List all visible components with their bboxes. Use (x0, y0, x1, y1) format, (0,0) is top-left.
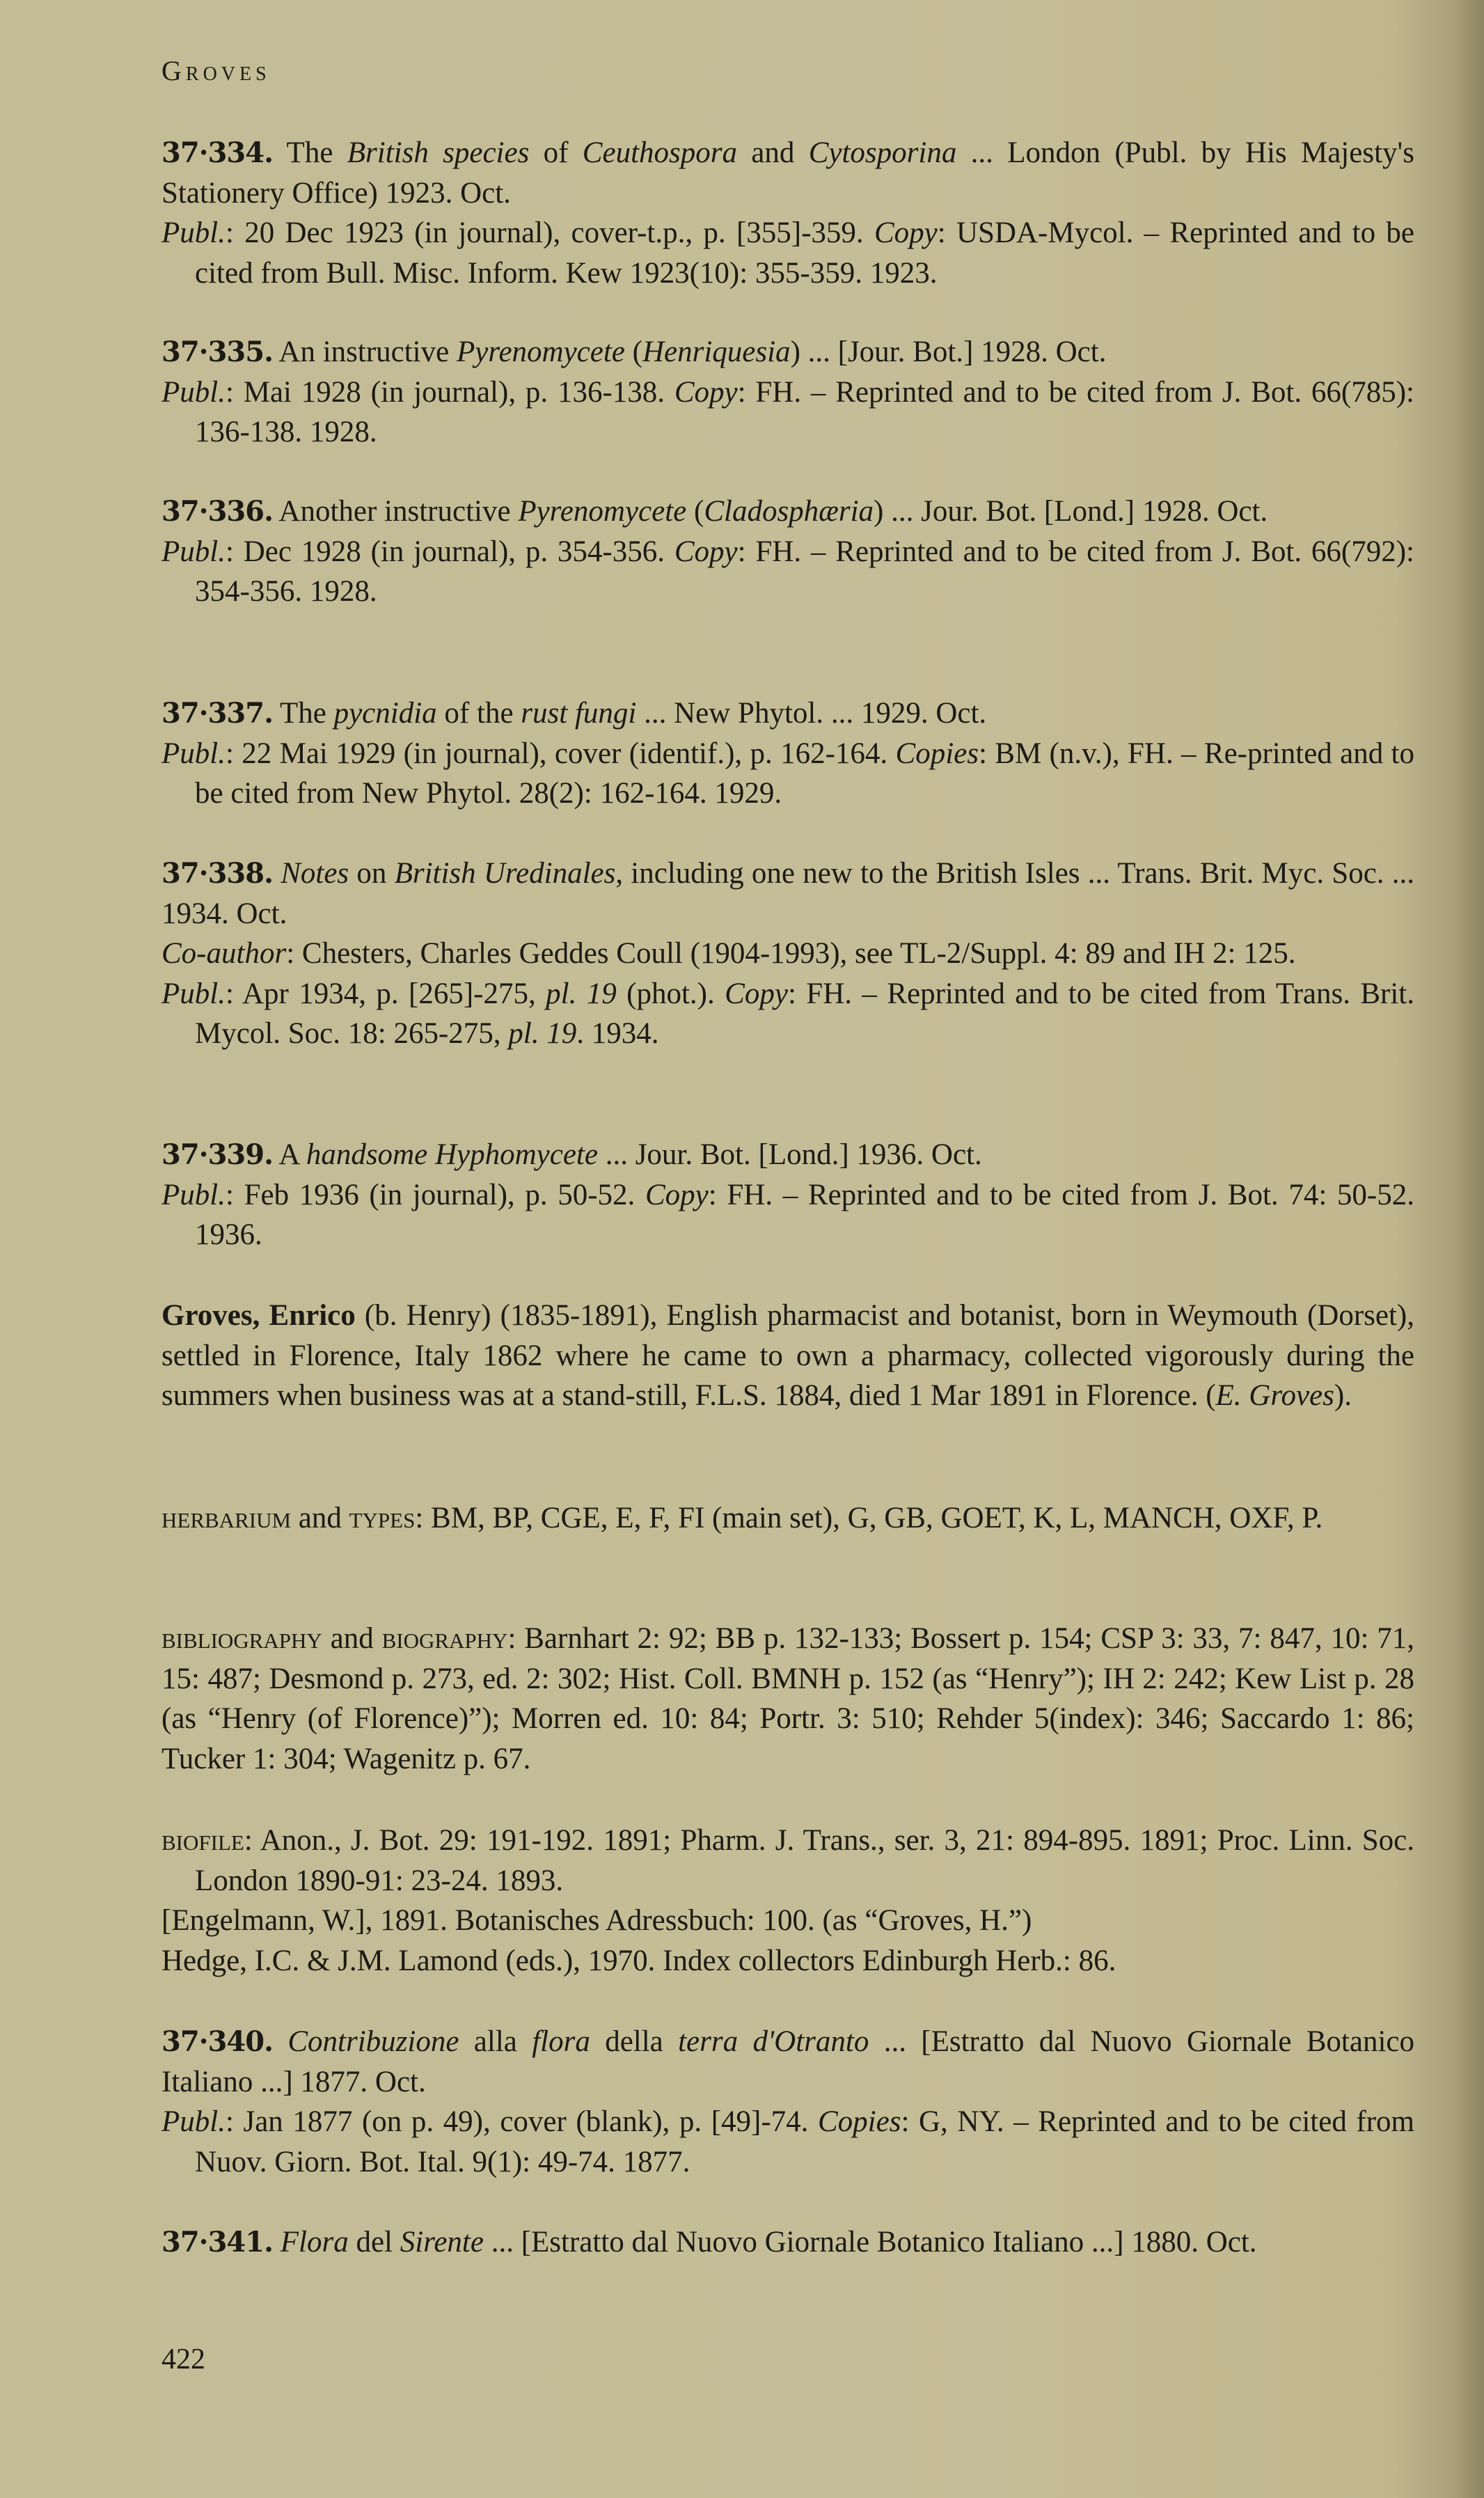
entry-number: 37·334. (161, 136, 273, 169)
entry-37-340: 37·340. Contribuzione alla flora della t… (161, 2022, 1414, 2182)
entry-number: 37·337. (161, 697, 273, 730)
entry-37-338: 37·338. Notes on British Uredinales, inc… (161, 854, 1414, 1054)
herbarium-paragraph: herbarium and types: BM, BP, CGE, E, F, … (161, 1498, 1414, 1539)
entry-title: 37·336. Another instructive Pyrenomycete… (161, 492, 1414, 532)
entry-note: Co-author: Chesters, Charles Geddes Coul… (161, 934, 1414, 974)
author-biography: Groves, Enrico (b. Henry) (1835-1891), E… (161, 1296, 1414, 1416)
entry-note: Publ.: 20 Dec 1923 (in journal), cover-t… (161, 213, 1414, 293)
entry-number: 37·338. (161, 857, 273, 890)
entry-number: 37·336. (161, 495, 273, 528)
biofile-label: biofile (161, 1823, 244, 1857)
author-paragraph: Groves, Enrico (b. Henry) (1835-1891), E… (161, 1296, 1414, 1416)
bibliography-section: bibliography and biography: Barnhart 2: … (161, 1618, 1414, 1779)
entry-note: Publ.: Feb 1936 (in journal), p. 50-52. … (161, 1175, 1414, 1255)
author-name: Groves, Enrico (161, 1299, 356, 1332)
entry-title: 37·337. The pycnidia of the rust fungi .… (161, 693, 1414, 734)
entry-37-335: 37·335. An instructive Pyrenomycete (Hen… (161, 332, 1414, 453)
entry-37-341: 37·341. Flora del Sirente ... [Estratto … (161, 2222, 1414, 2263)
entry-title: 37·340. Contribuzione alla flora della t… (161, 2022, 1414, 2102)
bibliography-and: and (322, 1622, 382, 1655)
entry-number: 37·341. (161, 2226, 273, 2259)
biofile-text-1: : Anon., J. Bot. 29: 191-192. 1891; Phar… (195, 1824, 1414, 1897)
entry-37-337: 37·337. The pycnidia of the rust fungi .… (161, 693, 1414, 814)
entry-37-339: 37·339. A handsome Hyphomycete ... Jour.… (161, 1135, 1414, 1255)
gutter-shadow (1456, 0, 1484, 2498)
biofile-line-1: biofile: Anon., J. Bot. 29: 191-192. 189… (161, 1820, 1414, 1901)
entry-number: 37·340. (161, 2025, 273, 2058)
entry-note: Publ.: Mai 1928 (in journal), p. 136-138… (161, 372, 1414, 453)
running-head: Groves (161, 54, 271, 87)
biofile-line-2: [Engelmann, W.], 1891. Botanisches Adres… (161, 1901, 1414, 1941)
bibliography-paragraph: bibliography and biography: Barnhart 2: … (161, 1618, 1414, 1779)
herbarium-text: : BM, BP, CGE, E, F, FI (main set), G, G… (415, 1502, 1323, 1534)
entry-title: 37·334. The British species of Ceuthospo… (161, 133, 1414, 213)
entry-37-334: 37·334. The British species of Ceuthospo… (161, 133, 1414, 293)
entry-37-336: 37·336. Another instructive Pyrenomycete… (161, 492, 1414, 612)
types-label: types (349, 1500, 416, 1534)
entry-note: Publ.: Dec 1928 (in journal), p. 354-356… (161, 532, 1414, 612)
herbarium-section: herbarium and types: BM, BP, CGE, E, F, … (161, 1498, 1414, 1539)
entry-note: Publ.: 22 Mai 1929 (in journal), cover (… (161, 734, 1414, 814)
author-bio-end: ). (1334, 1379, 1352, 1412)
entry-number: 37·339. (161, 1138, 273, 1171)
page-number: 422 (161, 2343, 205, 2376)
entry-title: 37·341. Flora del Sirente ... [Estratto … (161, 2222, 1414, 2263)
bibliography-label: bibliography (161, 1621, 322, 1655)
entry-title: 37·335. An instructive Pyrenomycete (Hen… (161, 332, 1414, 372)
biofile-text-3: Hedge, I.C. & J.M. Lamond (eds.), 1970. … (161, 1945, 1116, 1977)
entry-number: 37·335. (161, 336, 273, 368)
biography-label: biography (382, 1621, 508, 1655)
herbarium-label: herbarium (161, 1500, 291, 1534)
biofile-line-3: Hedge, I.C. & J.M. Lamond (eds.), 1970. … (161, 1941, 1414, 1981)
entry-title: 37·338. Notes on British Uredinales, inc… (161, 854, 1414, 934)
biofile-text-2: [Engelmann, W.], 1891. Botanisches Adres… (161, 1904, 1032, 1937)
biofile-section: biofile: Anon., J. Bot. 29: 191-192. 189… (161, 1820, 1414, 1981)
author-abbrev: E. Groves (1216, 1379, 1334, 1412)
running-head-text: Groves (161, 55, 271, 86)
entry-title: 37·339. A handsome Hyphomycete ... Jour.… (161, 1135, 1414, 1175)
entry-note: Publ.: Jan 1877 (on p. 49), cover (blank… (161, 2102, 1414, 2182)
entry-note: Publ.: Apr 1934, p. [265]-275, pl. 19 (p… (161, 974, 1414, 1054)
herbarium-and: and (291, 1502, 349, 1534)
